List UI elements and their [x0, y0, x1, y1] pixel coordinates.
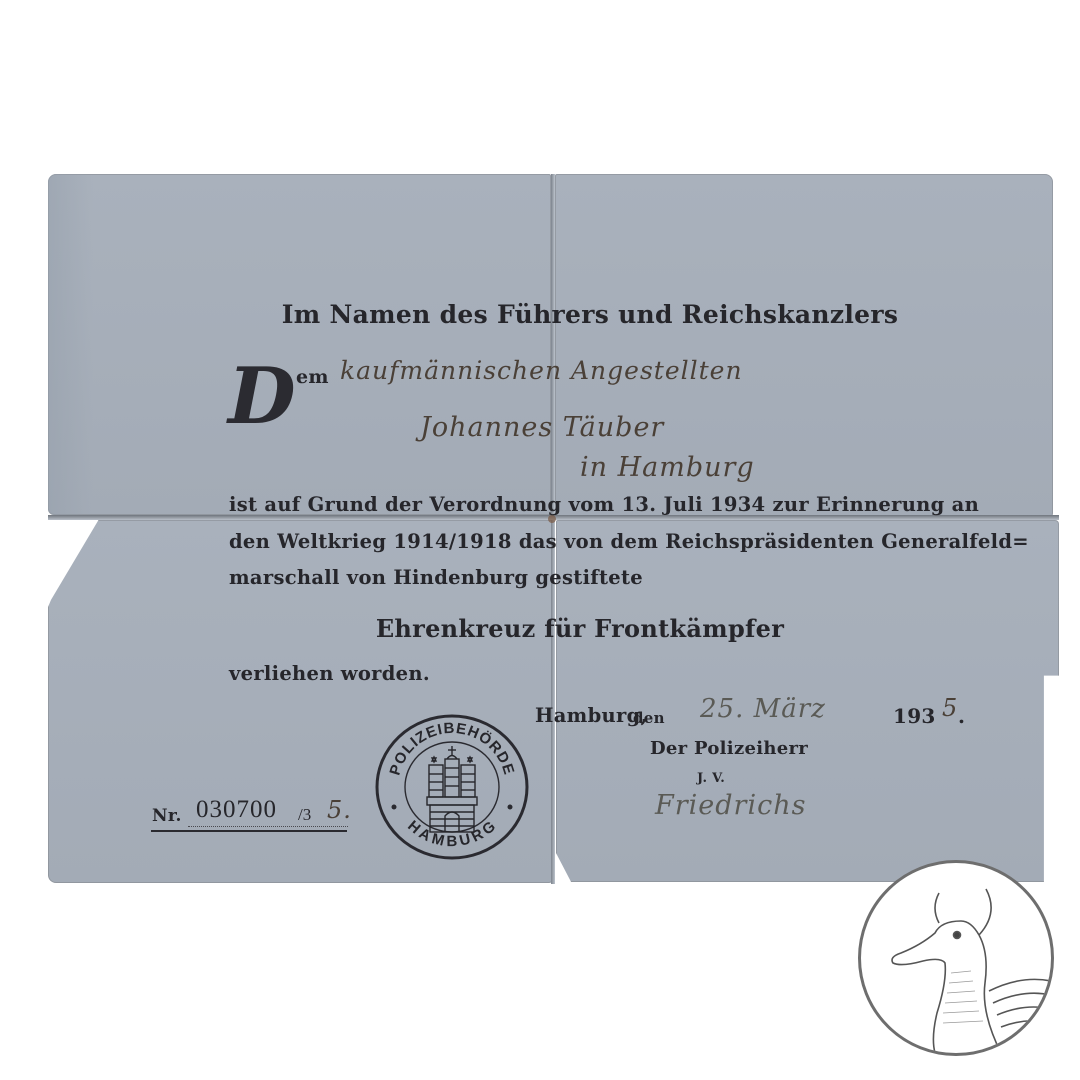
police-seal: POLIZEIBEHÖRDE HAMBURG — [372, 712, 532, 862]
body-line: marschall von Hindenburg gestiftete — [229, 566, 643, 589]
closing-text: verliehen worden. — [229, 662, 430, 685]
award-name: Ehrenkreuz für Frontkämpfer — [0, 614, 1080, 643]
year-dot: . — [958, 704, 965, 728]
recipient-name: Johannes Täuber — [420, 412, 664, 443]
paper-shadow — [48, 174, 93, 515]
recipient-city: in Hamburg — [580, 452, 755, 483]
number-underline — [151, 830, 347, 832]
recipient-intro: em — [296, 366, 329, 388]
duck-icon — [861, 863, 1051, 1053]
signature: Friedrichs — [655, 790, 806, 821]
on-behalf-abbrev: J. V. — [697, 771, 725, 786]
seal-bottom-text: HAMBURG — [404, 817, 499, 850]
year-handwritten: 5 — [942, 694, 958, 722]
year-printed: 193 — [893, 704, 936, 728]
horned-duck-logo — [858, 860, 1054, 1056]
number-suffix: /3 — [298, 805, 311, 825]
number-suffix-handwritten: 5. — [327, 796, 352, 824]
decorative-initial: D — [228, 358, 296, 436]
vertical-fold — [551, 174, 555, 884]
castle-coat-of-arms-icon — [427, 746, 477, 832]
certificate-number: 030700 — [196, 796, 277, 824]
certificate-heading: Im Namen des Führers und Reichskanzlers — [0, 300, 1080, 329]
place: Hamburg, — [535, 704, 648, 727]
issuer-title: Der Polizeiherr — [650, 738, 808, 759]
rust-spot — [548, 515, 556, 523]
number-label: Nr. — [152, 806, 182, 826]
paper-top-left-quadrant — [48, 174, 551, 515]
date-prefix: den — [633, 709, 665, 727]
number-dotted-line — [188, 826, 348, 827]
recipient-occupation: kaufmännischen Angestellten — [340, 356, 743, 385]
body-line: ist auf Grund der Verordnung vom 13. Jul… — [229, 493, 979, 516]
handwritten-date: 25. März — [700, 694, 826, 724]
body-line: den Weltkrieg 1914/1918 das von dem Reic… — [229, 530, 1029, 553]
